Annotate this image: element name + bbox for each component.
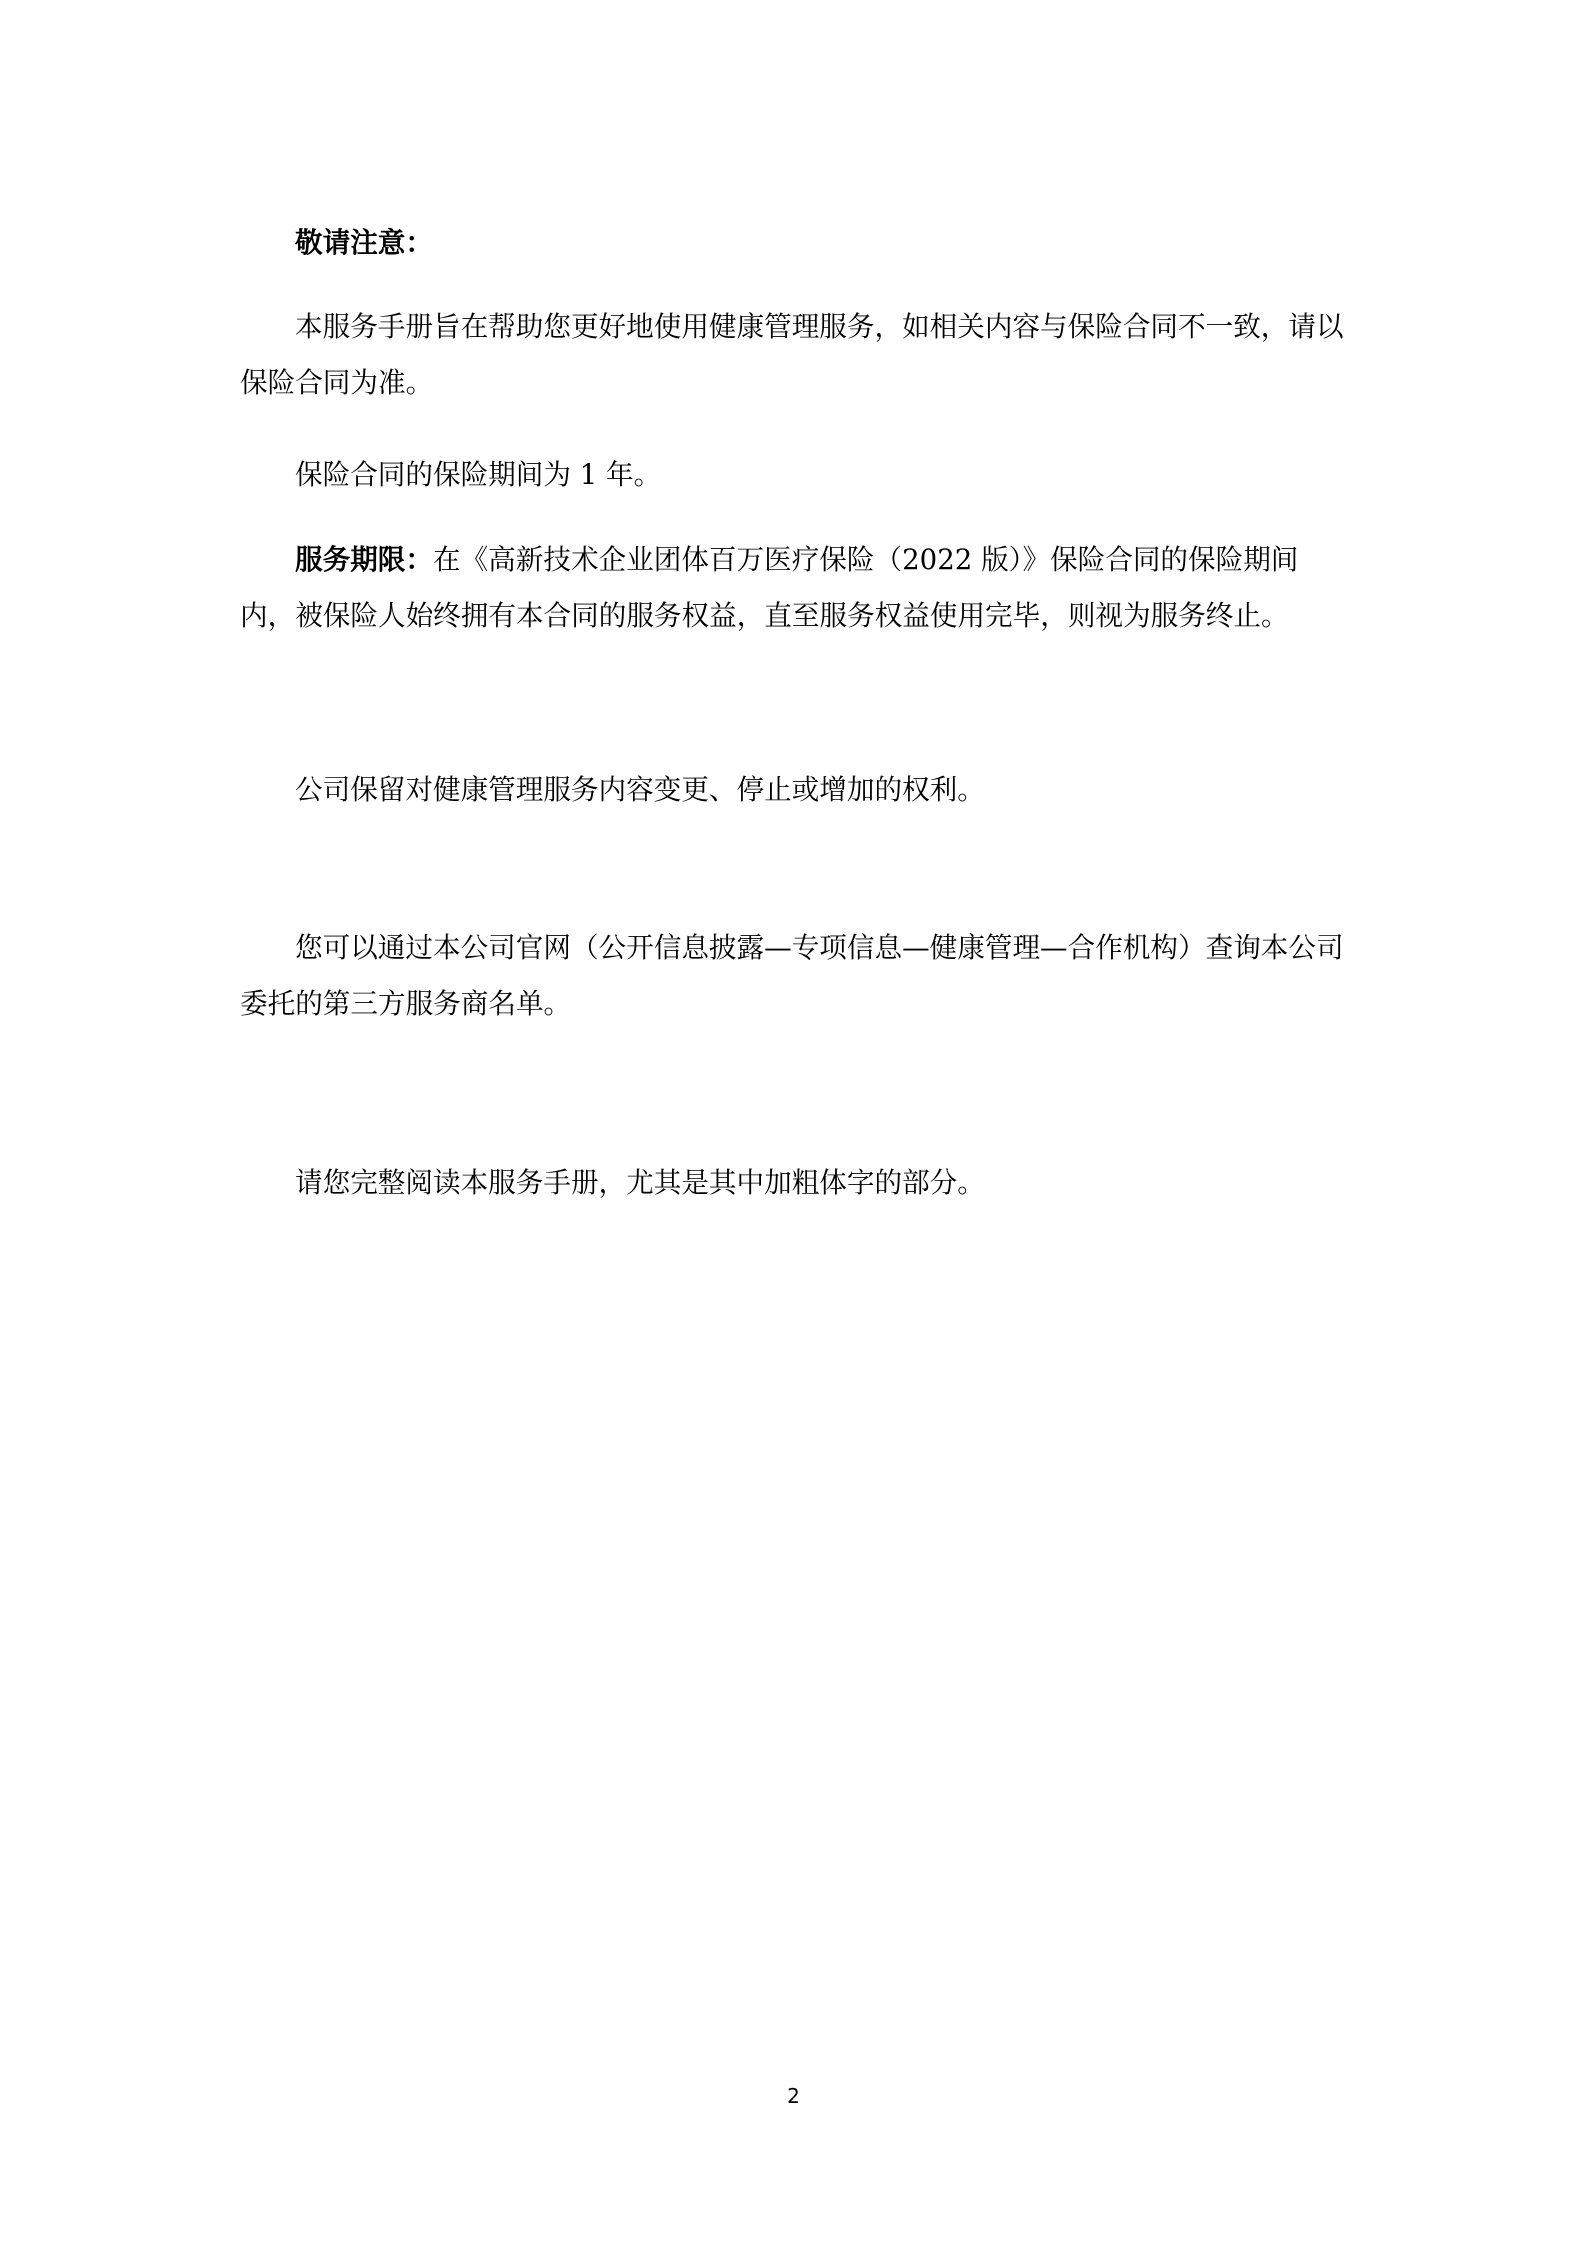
paragraph-third-party-list: 您可以通过本公司官网（公开信息披露—专项信息—健康管理—合作机构）查询本公司委托… [240, 920, 1350, 1032]
notice-heading: 敬请注意： [240, 215, 1350, 271]
paragraph-read-fully: 请您完整阅读本服务手册，尤其是其中加粗体字的部分。 [240, 1155, 1350, 1211]
paragraph-company-rights: 公司保留对健康管理服务内容变更、停止或增加的权利。 [240, 762, 1350, 818]
page-number: 2 [0, 2084, 1587, 2108]
paragraph-service-term: 服务期限：在《高新技术企业团体百万医疗保险（2022 版）》保险合同的保险期间内… [240, 532, 1350, 644]
paragraph-insurance-period: 保险合同的保险期间为 1 年。 [240, 447, 1350, 503]
paragraph-handbook-purpose: 本服务手册旨在帮助您更好地使用健康管理服务，如相关内容与保险合同不一致，请以保险… [240, 299, 1350, 411]
document-page: 敬请注意： 本服务手册旨在帮助您更好地使用健康管理服务，如相关内容与保险合同不一… [0, 0, 1587, 2245]
service-term-label: 服务期限： [295, 543, 433, 576]
